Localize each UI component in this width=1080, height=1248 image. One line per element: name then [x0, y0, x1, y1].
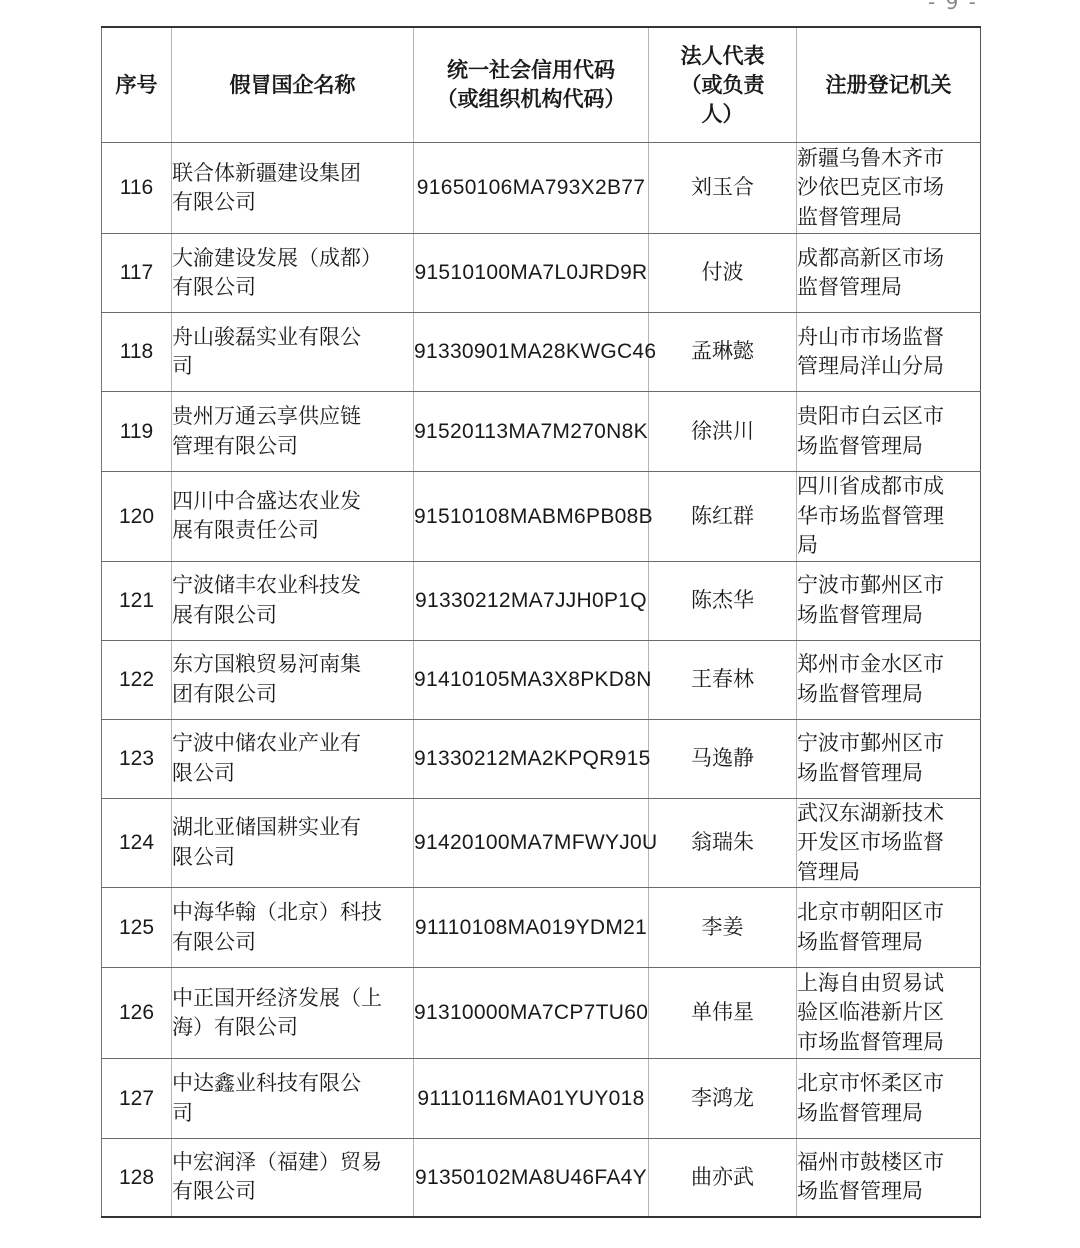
company-name: 四川中合盛达农业发 展有限责任公司 [172, 487, 413, 546]
cell-company-name: 中海华翰（北京）科技 有限公司 [172, 888, 414, 968]
cell-registration-authority: 宁波市鄞州区市 场监督管理局 [797, 719, 981, 798]
cell-index: 127 [102, 1059, 172, 1139]
registration-authority: 上海自由贸易试 验区临港新片区 市场监督管理局 [797, 969, 980, 1058]
cell-company-name: 贵州万通云享供应链 管理有限公司 [172, 392, 414, 472]
credit-code: 91310000MA7CP7TU60 [414, 998, 648, 1028]
legal-rep: 孟琳懿 [649, 337, 796, 367]
company-name: 舟山骏磊实业有限公 司 [172, 323, 413, 382]
credit-code: 91330901MA28KWGC46 [414, 337, 648, 367]
cell-index: 125 [102, 888, 172, 968]
cell-credit-code: 91110108MA019YDM21 [414, 888, 649, 968]
table-row: 121 宁波储丰农业科技发 展有限公司 91330212MA7JJH0P1Q 陈… [102, 561, 981, 640]
registration-authority: 武汉东湖新技术 开发区市场监督 管理局 [797, 799, 980, 888]
registration-authority: 成都高新区市场 监督管理局 [797, 244, 980, 303]
cell-company-name: 中宏润泽（福建）贸易 有限公司 [172, 1139, 414, 1217]
cell-company-name: 舟山骏磊实业有限公 司 [172, 313, 414, 392]
table-body: 116 联合体新疆建设集团 有限公司 91650106MA793X2B77 刘玉… [102, 143, 981, 1217]
counterfeit-soe-table: 序号 假冒国企名称 统一社会信用代码 （或组织机构代码） 法人代表 （或负责 人… [101, 26, 981, 1218]
row-index: 123 [102, 744, 171, 774]
registration-authority: 北京市怀柔区市 场监督管理局 [797, 1069, 980, 1128]
cell-credit-code: 91510108MABM6PB08B [414, 472, 649, 562]
cell-credit-code: 91330212MA2KPQR915 [414, 719, 649, 798]
cell-registration-authority: 郑州市金水区市 场监督管理局 [797, 640, 981, 719]
credit-code: 91110116MA01YUY018 [414, 1084, 648, 1114]
credit-code: 91410105MA3X8PKD8N [414, 665, 648, 695]
credit-code: 91510108MABM6PB08B [414, 502, 648, 532]
cell-legal-rep: 徐洪川 [649, 392, 797, 472]
header-index: 序号 [102, 27, 172, 143]
legal-rep: 李姜 [649, 913, 796, 943]
cell-company-name: 中正国开经济发展（上 海）有限公司 [172, 968, 414, 1059]
cell-legal-rep: 李姜 [649, 888, 797, 968]
cell-credit-code: 91520113MA7M270N8K [414, 392, 649, 472]
row-index: 127 [102, 1084, 171, 1114]
legal-rep: 陈杰华 [649, 586, 796, 616]
cell-legal-rep: 李鸿龙 [649, 1059, 797, 1139]
cell-credit-code: 91350102MA8U46FA4Y [414, 1139, 649, 1217]
table-row: 125 中海华翰（北京）科技 有限公司 91110108MA019YDM21 李… [102, 888, 981, 968]
cell-company-name: 宁波储丰农业科技发 展有限公司 [172, 561, 414, 640]
legal-rep: 翁瑞朱 [649, 828, 796, 858]
header-legal-rep: 法人代表 （或负责 人） [649, 27, 797, 143]
registration-authority: 福州市鼓楼区市 场监督管理局 [797, 1148, 980, 1207]
cell-registration-authority: 新疆乌鲁木齐市 沙依巴克区市场 监督管理局 [797, 143, 981, 234]
cell-index: 119 [102, 392, 172, 472]
row-index: 124 [102, 828, 171, 858]
cell-credit-code: 91330212MA7JJH0P1Q [414, 561, 649, 640]
cell-legal-rep: 陈杰华 [649, 561, 797, 640]
cell-company-name: 湖北亚储国耕实业有 限公司 [172, 798, 414, 888]
header-credit-code: 统一社会信用代码 （或组织机构代码） [414, 27, 649, 143]
row-index: 122 [102, 665, 171, 695]
registration-authority: 舟山市市场监督 管理局洋山分局 [797, 323, 980, 382]
row-index: 121 [102, 586, 171, 616]
cell-legal-rep: 翁瑞朱 [649, 798, 797, 888]
company-name: 联合体新疆建设集团 有限公司 [172, 159, 413, 218]
cell-legal-rep: 陈红群 [649, 472, 797, 562]
header-row: 序号 假冒国企名称 统一社会信用代码 （或组织机构代码） 法人代表 （或负责 人… [102, 27, 981, 143]
legal-rep: 马逸静 [649, 744, 796, 774]
company-name: 东方国粮贸易河南集 团有限公司 [172, 650, 413, 709]
header-legal-rep-label: 法人代表 （或负责 人） [649, 42, 796, 129]
cell-registration-authority: 舟山市市场监督 管理局洋山分局 [797, 313, 981, 392]
cell-index: 126 [102, 968, 172, 1059]
legal-rep: 陈红群 [649, 502, 796, 532]
cell-legal-rep: 曲亦武 [649, 1139, 797, 1217]
cell-company-name: 大渝建设发展（成都） 有限公司 [172, 234, 414, 313]
row-index: 120 [102, 502, 171, 532]
row-index: 116 [102, 173, 171, 203]
registration-authority: 北京市朝阳区市 场监督管理局 [797, 898, 980, 957]
header-credit-code-label: 统一社会信用代码 （或组织机构代码） [414, 56, 648, 114]
row-index: 119 [102, 417, 171, 447]
legal-rep: 李鸿龙 [649, 1084, 796, 1114]
cell-credit-code: 91410105MA3X8PKD8N [414, 640, 649, 719]
cell-registration-authority: 贵阳市白云区市 场监督管理局 [797, 392, 981, 472]
header-index-label: 序号 [102, 71, 171, 100]
registration-authority: 宁波市鄞州区市 场监督管理局 [797, 571, 980, 630]
cell-legal-rep: 王春林 [649, 640, 797, 719]
registration-authority: 郑州市金水区市 场监督管理局 [797, 650, 980, 709]
credit-code: 91520113MA7M270N8K [414, 417, 648, 447]
company-name: 中达鑫业科技有限公 司 [172, 1069, 413, 1128]
cell-registration-authority: 宁波市鄞州区市 场监督管理局 [797, 561, 981, 640]
cell-credit-code: 91650106MA793X2B77 [414, 143, 649, 234]
table-row: 123 宁波中储农业产业有 限公司 91330212MA2KPQR915 马逸静… [102, 719, 981, 798]
cell-index: 118 [102, 313, 172, 392]
cell-legal-rep: 刘玉合 [649, 143, 797, 234]
registration-authority: 贵阳市白云区市 场监督管理局 [797, 402, 980, 461]
cell-registration-authority: 北京市怀柔区市 场监督管理局 [797, 1059, 981, 1139]
cell-registration-authority: 福州市鼓楼区市 场监督管理局 [797, 1139, 981, 1217]
table-header: 序号 假冒国企名称 统一社会信用代码 （或组织机构代码） 法人代表 （或负责 人… [102, 27, 981, 143]
registration-authority: 宁波市鄞州区市 场监督管理局 [797, 729, 980, 788]
table-row: 118 舟山骏磊实业有限公 司 91330901MA28KWGC46 孟琳懿 舟… [102, 313, 981, 392]
row-index: 125 [102, 913, 171, 943]
cell-registration-authority: 成都高新区市场 监督管理局 [797, 234, 981, 313]
company-name: 湖北亚储国耕实业有 限公司 [172, 813, 413, 872]
table-row: 122 东方国粮贸易河南集 团有限公司 91410105MA3X8PKD8N 王… [102, 640, 981, 719]
legal-rep: 付波 [649, 258, 796, 288]
row-index: 117 [102, 258, 171, 288]
cell-credit-code: 91310000MA7CP7TU60 [414, 968, 649, 1059]
cell-registration-authority: 上海自由贸易试 验区临港新片区 市场监督管理局 [797, 968, 981, 1059]
header-company-name: 假冒国企名称 [172, 27, 414, 143]
credit-code: 91110108MA019YDM21 [414, 913, 648, 943]
cell-index: 116 [102, 143, 172, 234]
header-registration-authority-label: 注册登记机关 [797, 71, 980, 100]
row-index: 118 [102, 337, 171, 367]
table-row: 120 四川中合盛达农业发 展有限责任公司 91510108MABM6PB08B… [102, 472, 981, 562]
table-row: 127 中达鑫业科技有限公 司 91110116MA01YUY018 李鸿龙 北… [102, 1059, 981, 1139]
credit-code: 91510100MA7L0JRD9R [414, 258, 648, 288]
cell-legal-rep: 单伟星 [649, 968, 797, 1059]
page-number-fragment: - 9 - [928, 0, 978, 14]
cell-credit-code: 91110116MA01YUY018 [414, 1059, 649, 1139]
cell-registration-authority: 北京市朝阳区市 场监督管理局 [797, 888, 981, 968]
legal-rep: 刘玉合 [649, 173, 796, 203]
legal-rep: 单伟星 [649, 998, 796, 1028]
table-row: 116 联合体新疆建设集团 有限公司 91650106MA793X2B77 刘玉… [102, 143, 981, 234]
company-name: 贵州万通云享供应链 管理有限公司 [172, 402, 413, 461]
company-name: 中宏润泽（福建）贸易 有限公司 [172, 1148, 413, 1207]
table-row: 126 中正国开经济发展（上 海）有限公司 91310000MA7CP7TU60… [102, 968, 981, 1059]
table-row: 119 贵州万通云享供应链 管理有限公司 91520113MA7M270N8K … [102, 392, 981, 472]
company-name: 中正国开经济发展（上 海）有限公司 [172, 984, 413, 1043]
company-name: 中海华翰（北京）科技 有限公司 [172, 898, 413, 957]
cell-company-name: 四川中合盛达农业发 展有限责任公司 [172, 472, 414, 562]
cell-company-name: 中达鑫业科技有限公 司 [172, 1059, 414, 1139]
company-name: 宁波中储农业产业有 限公司 [172, 729, 413, 788]
legal-rep: 曲亦武 [649, 1163, 796, 1193]
cell-company-name: 东方国粮贸易河南集 团有限公司 [172, 640, 414, 719]
cell-registration-authority: 四川省成都市成 华市场监督管理 局 [797, 472, 981, 562]
credit-code: 91350102MA8U46FA4Y [414, 1163, 648, 1193]
row-index: 128 [102, 1163, 171, 1193]
cell-index: 123 [102, 719, 172, 798]
cell-company-name: 宁波中储农业产业有 限公司 [172, 719, 414, 798]
row-index: 126 [102, 998, 171, 1028]
cell-legal-rep: 马逸静 [649, 719, 797, 798]
table-row: 117 大渝建设发展（成都） 有限公司 91510100MA7L0JRD9R 付… [102, 234, 981, 313]
company-name: 大渝建设发展（成都） 有限公司 [172, 244, 413, 303]
credit-code: 91650106MA793X2B77 [414, 173, 648, 203]
credit-code: 91420100MA7MFWYJ0U [414, 828, 648, 858]
legal-rep: 王春林 [649, 665, 796, 695]
cell-index: 128 [102, 1139, 172, 1217]
cell-registration-authority: 武汉东湖新技术 开发区市场监督 管理局 [797, 798, 981, 888]
registration-authority: 新疆乌鲁木齐市 沙依巴克区市场 监督管理局 [797, 144, 980, 233]
cell-legal-rep: 孟琳懿 [649, 313, 797, 392]
cell-credit-code: 91330901MA28KWGC46 [414, 313, 649, 392]
cell-credit-code: 91510100MA7L0JRD9R [414, 234, 649, 313]
cell-credit-code: 91420100MA7MFWYJ0U [414, 798, 649, 888]
credit-code: 91330212MA2KPQR915 [414, 744, 648, 774]
cell-legal-rep: 付波 [649, 234, 797, 313]
company-name: 宁波储丰农业科技发 展有限公司 [172, 571, 413, 630]
cell-index: 124 [102, 798, 172, 888]
cell-index: 122 [102, 640, 172, 719]
table-row: 124 湖北亚储国耕实业有 限公司 91420100MA7MFWYJ0U 翁瑞朱… [102, 798, 981, 888]
cell-index: 117 [102, 234, 172, 313]
cell-index: 121 [102, 561, 172, 640]
registration-authority: 四川省成都市成 华市场监督管理 局 [797, 472, 980, 561]
cell-index: 120 [102, 472, 172, 562]
legal-rep: 徐洪川 [649, 417, 796, 447]
cell-company-name: 联合体新疆建设集团 有限公司 [172, 143, 414, 234]
header-company-name-label: 假冒国企名称 [172, 71, 413, 100]
table-row: 128 中宏润泽（福建）贸易 有限公司 91350102MA8U46FA4Y 曲… [102, 1139, 981, 1217]
header-registration-authority: 注册登记机关 [797, 27, 981, 143]
credit-code: 91330212MA7JJH0P1Q [414, 586, 648, 616]
